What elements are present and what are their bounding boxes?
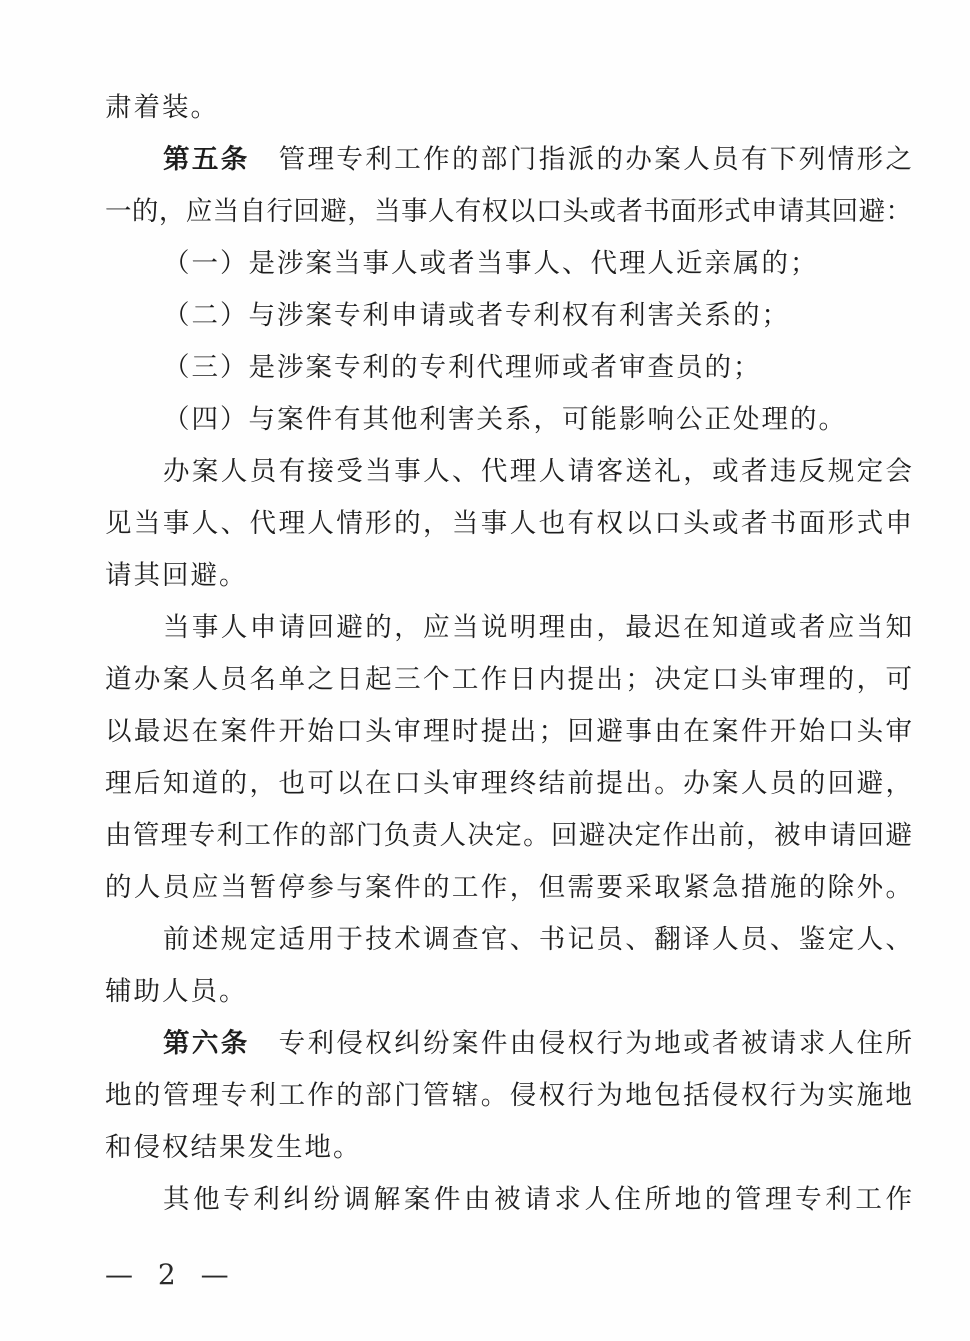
- article-number: 第六条: [163, 1028, 250, 1059]
- line-text: 办案人员有接受当事人、代理人请客送礼，或者违反规定会: [163, 456, 912, 487]
- text-line: 理后知道的，也可以在口头审理终结前提出。办案人员的回避，: [105, 758, 912, 810]
- text-line: 和侵权结果发生地。: [105, 1122, 912, 1174]
- line-text: 地的管理专利工作的部门管辖。侵权行为地包括侵权行为实施地: [105, 1080, 912, 1111]
- text-line: 以最迟在案件开始口头审理时提出；回避事由在案件开始口头审: [105, 706, 912, 758]
- line-text: （三）是涉案专利的专利代理师或者审查员的；: [163, 352, 762, 383]
- text-line: 辅助人员。: [105, 966, 912, 1018]
- line-text: （一）是涉案当事人或者当事人、代理人近亲属的；: [163, 248, 819, 279]
- line-text: 和侵权结果发生地。: [105, 1132, 362, 1163]
- text-line: 第五条 管理专利工作的部门指派的办案人员有下列情形之: [105, 134, 912, 186]
- footer-page-number: — 2 —: [105, 1258, 237, 1291]
- text-line: （三）是涉案专利的专利代理师或者审查员的；: [105, 342, 912, 394]
- line-text: 理后知道的，也可以在口头审理终结前提出。办案人员的回避，: [105, 768, 912, 799]
- text-line: （四）与案件有其他利害关系，可能影响公正处理的。: [105, 394, 912, 446]
- text-line: （一）是涉案当事人或者当事人、代理人近亲属的；: [105, 238, 912, 290]
- text-line: 第六条 专利侵权纠纷案件由侵权行为地或者被请求人住所: [105, 1018, 912, 1070]
- article-number: 第五条: [163, 144, 250, 175]
- line-text: 专利侵权纠纷案件由侵权行为地或者被请求人住所: [250, 1028, 912, 1059]
- line-text: 以最迟在案件开始口头审理时提出；回避事由在案件开始口头审: [105, 716, 912, 747]
- line-text: 见当事人、代理人情形的，当事人也有权以口头或者书面形式申: [105, 508, 912, 539]
- text-line: 请其回避。: [105, 550, 912, 602]
- line-text: 其他专利纠纷调解案件由被请求人住所地的管理专利工作: [163, 1184, 912, 1215]
- line-text: 管理专利工作的部门指派的办案人员有下列情形之: [250, 144, 912, 175]
- text-line: 肃着装。: [105, 82, 912, 134]
- line-text: 的人员应当暂停参与案件的工作，但需要采取紧急措施的除外。: [105, 872, 912, 903]
- text-block: 肃着装。第五条 管理专利工作的部门指派的办案人员有下列情形之一的，应当自行回避，…: [105, 82, 912, 1226]
- text-line: 其他专利纠纷调解案件由被请求人住所地的管理专利工作: [105, 1174, 912, 1226]
- line-text: 请其回避。: [105, 560, 248, 591]
- text-line: 办案人员有接受当事人、代理人请客送礼，或者违反规定会: [105, 446, 912, 498]
- document-page: 肃着装。第五条 管理专利工作的部门指派的办案人员有下列情形之一的，应当自行回避，…: [0, 0, 970, 1341]
- line-text: （二）与涉案专利申请或者专利权有利害关系的；: [163, 300, 790, 331]
- line-text: 道办案人员名单之日起三个工作日内提出；决定口头审理的，可: [105, 664, 912, 695]
- line-text: 辅助人员。: [105, 976, 248, 1007]
- line-text: 前述规定适用于技术调查官、书记员、翻译人员、鉴定人、: [163, 924, 912, 955]
- text-line: 一的，应当自行回避，当事人有权以口头或者书面形式申请其回避：: [105, 186, 912, 238]
- line-text: 肃着装。: [105, 92, 219, 123]
- text-line: 当事人申请回避的，应当说明理由，最迟在知道或者应当知: [105, 602, 912, 654]
- text-line: 前述规定适用于技术调查官、书记员、翻译人员、鉴定人、: [105, 914, 912, 966]
- text-line: 由管理专利工作的部门负责人决定。回避决定作出前，被申请回避: [105, 810, 912, 862]
- text-line: 地的管理专利工作的部门管辖。侵权行为地包括侵权行为实施地: [105, 1070, 912, 1122]
- line-text: （四）与案件有其他利害关系，可能影响公正处理的。: [163, 404, 847, 435]
- line-text: 一的，应当自行回避，当事人有权以口头或者书面形式申请其回避：: [105, 196, 912, 227]
- text-line: （二）与涉案专利申请或者专利权有利害关系的；: [105, 290, 912, 342]
- text-line: 道办案人员名单之日起三个工作日内提出；决定口头审理的，可: [105, 654, 912, 706]
- line-text: 当事人申请回避的，应当说明理由，最迟在知道或者应当知: [163, 612, 912, 643]
- text-line: 的人员应当暂停参与案件的工作，但需要采取紧急措施的除外。: [105, 862, 912, 914]
- text-line: 见当事人、代理人情形的，当事人也有权以口头或者书面形式申: [105, 498, 912, 550]
- line-text: 由管理专利工作的部门负责人决定。回避决定作出前，被申请回避: [105, 820, 912, 851]
